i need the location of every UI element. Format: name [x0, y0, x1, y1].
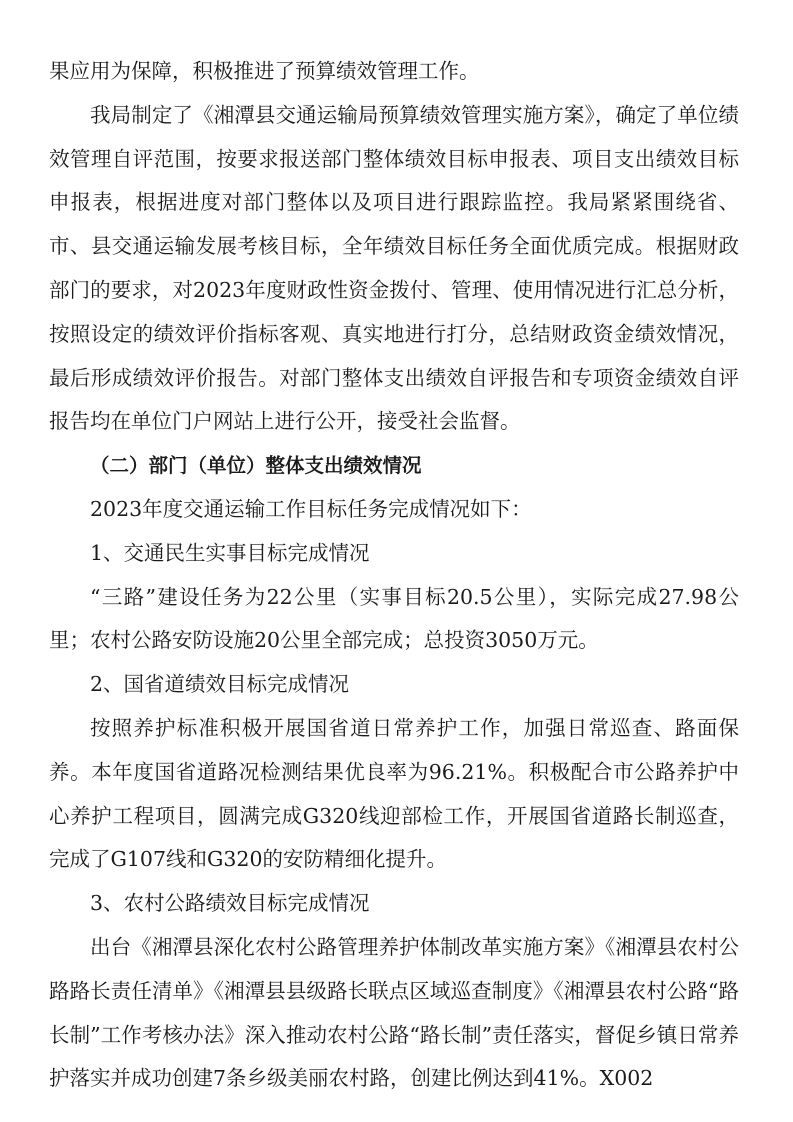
- paragraph-continuation: 果应用为保障，积极推进了预算绩效管理工作。: [49, 50, 739, 94]
- paragraph-rural-roads: 出台《湘潭县深化农村公路管理养护体制改革实施方案》《湘潭县农村公路路长责任清单》…: [49, 926, 739, 1101]
- paragraph-intro: 2023年度交通运输工作目标任务完成情况如下：: [49, 488, 739, 532]
- section-heading: （二）部门（单位）整体支出绩效情况: [49, 444, 739, 488]
- paragraph-budget-management: 我局制定了《湘潭县交通运输局预算绩效管理实施方案》，确定了单位绩效管理自评范围，…: [49, 94, 739, 444]
- subheading-livelihood: 1、交通民生实事目标完成情况: [49, 532, 739, 576]
- subheading-national-roads: 2、国省道绩效目标完成情况: [49, 663, 739, 707]
- document-page: 果应用为保障，积极推进了预算绩效管理工作。 我局制定了《湘潭县交通运输局预算绩效…: [49, 50, 739, 1101]
- subheading-rural-roads: 3、农村公路绩效目标完成情况: [49, 882, 739, 926]
- paragraph-national-roads: 按照养护标准积极开展国省道日常养护工作，加强日常巡查、路面保养。本年度国省道路况…: [49, 707, 739, 882]
- paragraph-livelihood: “三路”建设任务为22公里（实事目标20.5公里），实际完成27.98公里；农村…: [49, 576, 739, 664]
